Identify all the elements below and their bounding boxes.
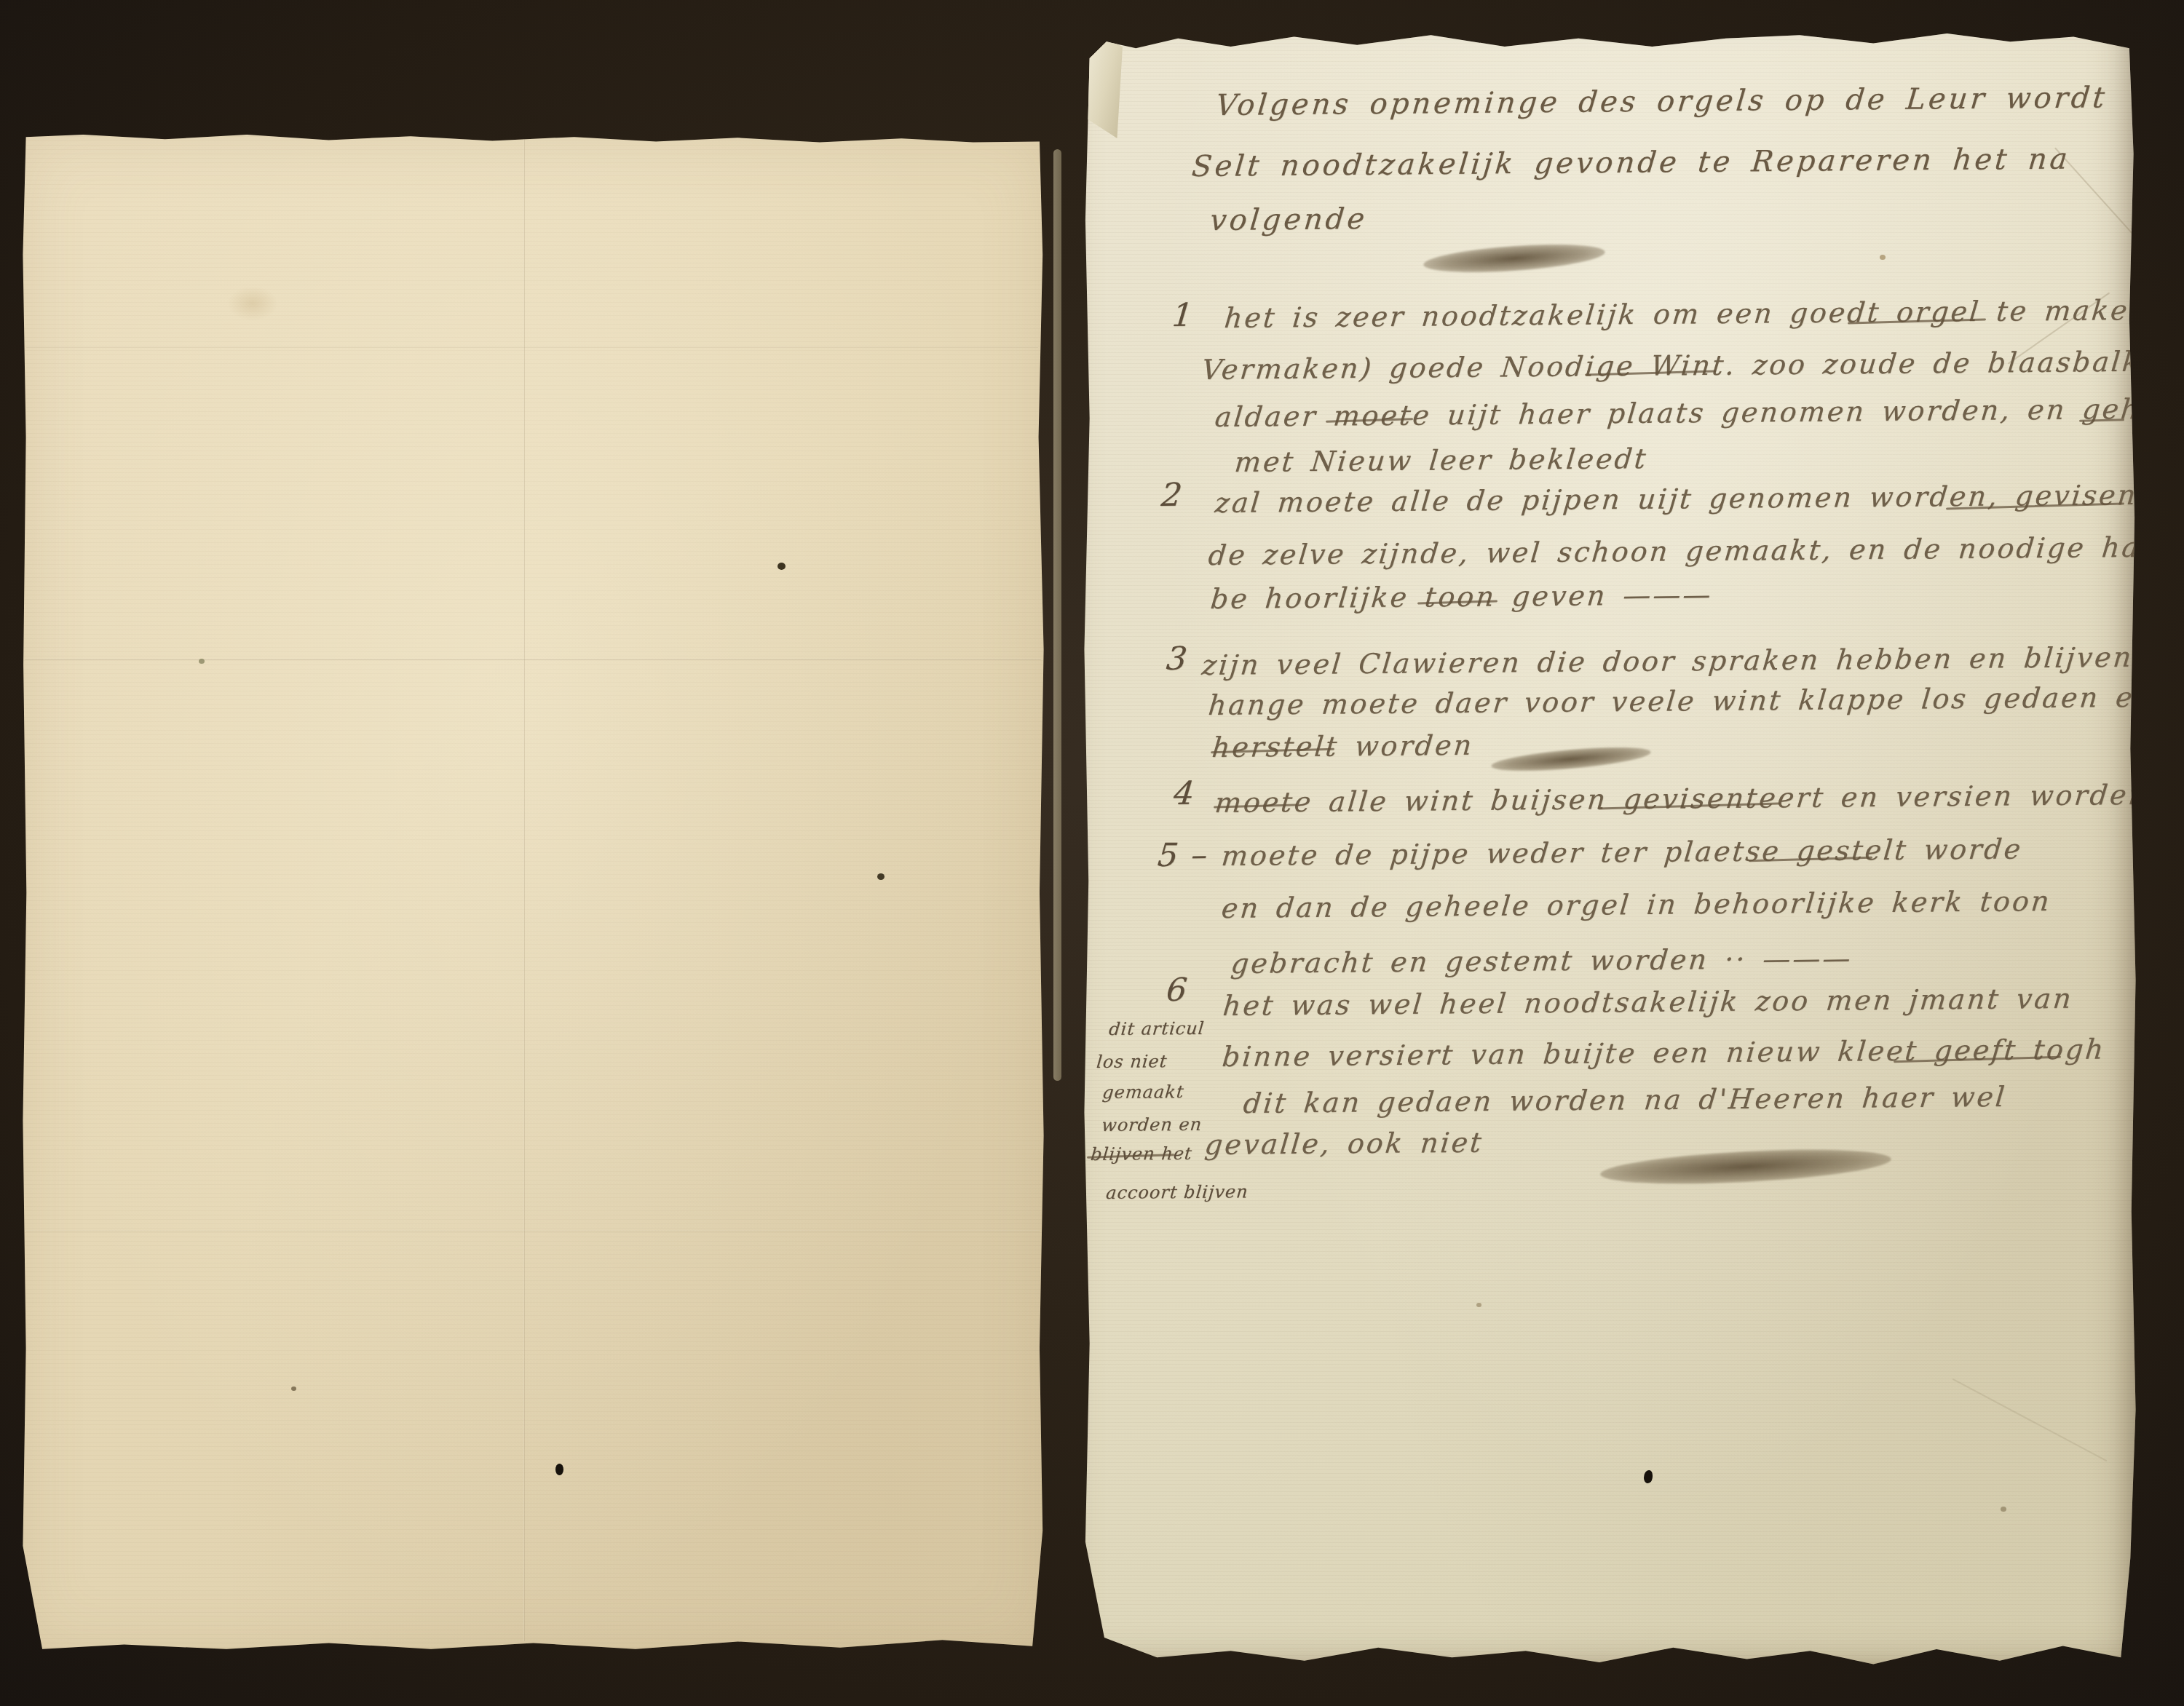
pin-hole — [555, 1464, 563, 1475]
item-6-line-4: gevalle, ook niet — [1203, 1127, 1485, 1161]
item-4-line-1: moete alle wint buijsen gevisenteert en … — [1214, 778, 2184, 819]
item-1-line-2: Vermaken) goede Noodige Wint. zoo zoude … — [1200, 346, 2161, 386]
margin-note-line-6: accoort blijven — [1105, 1181, 1249, 1203]
ink-speck — [778, 563, 786, 570]
header-line-2: Selt noodtzakelijk gevonde te Repareren … — [1190, 142, 2072, 183]
item-2-line-2: de zelve zijnde, wel schoon gemaakt, en … — [1207, 531, 2176, 571]
ink-speck-faint — [1880, 255, 1886, 260]
item-5-line-2: en dan de geheele orgel in behoorlijke k… — [1220, 885, 2053, 924]
item-3-line-1: zijn veel Clawieren die door spraken heb… — [1200, 641, 2134, 681]
item-2-number: 2 — [1160, 477, 1185, 514]
item-3-number: 3 — [1165, 640, 1190, 678]
fold-crease-vertical — [523, 139, 525, 1641]
item-6-number: 6 — [1165, 972, 1190, 1009]
ink-smear — [1423, 239, 1606, 277]
paper-wrinkle — [2054, 147, 2158, 261]
margin-note-line-2: los niet — [1096, 1051, 1168, 1072]
item-3-line-2: hange moete daer voor veele wint klappe … — [1207, 681, 2156, 721]
ink-speck — [877, 873, 885, 880]
underlying-page-edge — [1053, 149, 1061, 1081]
manuscript-scan: Volgens opneminge des orgels op de Leur … — [0, 0, 2184, 1706]
item-5-line-1: moete de pijpe weder ter plaetse gestelt… — [1220, 833, 2024, 872]
paper-stain — [227, 286, 278, 321]
fold-crease-horizontal-faint — [26, 346, 1038, 348]
item-6-line-2: binne versiert van buijte een nieuw klee… — [1221, 1033, 2107, 1073]
item-5-line-3: gebracht en gestemt worden ·· ——— — [1230, 943, 1854, 980]
header-line-3: volgende — [1208, 202, 1369, 237]
item-2-line-3: be hoorlijke toon geven ——— — [1209, 579, 1714, 615]
margin-note-line-1: dit articul — [1108, 1018, 1206, 1039]
item-5-number: 5 – — [1156, 836, 1211, 874]
item-1-number: 1 — [1171, 297, 1196, 334]
manuscript-right-page: Volgens opneminge des orgels op de Leur … — [1083, 22, 2137, 1674]
item-4-number: 4 — [1172, 775, 1198, 812]
ink-smear-large — [1599, 1144, 1892, 1190]
paper-wrinkle — [1952, 1378, 2108, 1461]
item-6-line-1: het was wel heel noodtsakelijk zoo men j… — [1222, 983, 2075, 1022]
item-2-line-1: zal moete alle de pijpen uijt genomen wo… — [1214, 478, 2184, 519]
header-line-1: Volgens opneminge des orgels op de Leur … — [1214, 81, 2109, 122]
ink-speck-faint — [2001, 1507, 2006, 1512]
curled-corner — [1083, 29, 1123, 138]
item-1-line-4: met Nieuw leer bekleedt — [1233, 443, 1650, 478]
fold-crease-horizontal-lower — [26, 1230, 1040, 1231]
item-3-line-3: herstelt worden — [1211, 729, 1475, 763]
item-6-line-3: dit kan gedaen worden na d'Heeren haer w… — [1242, 1081, 2008, 1119]
item-1-line-3: aldaer moete uijt haer plaats genomen wo… — [1214, 392, 2184, 433]
ink-speck-faint — [199, 659, 205, 664]
margin-note-line-5: blijven het — [1090, 1143, 1193, 1165]
ink-speck-faint — [291, 1386, 296, 1391]
ink-hole — [1644, 1470, 1653, 1483]
fold-crease-horizontal — [25, 659, 1041, 660]
ink-speck-faint — [1476, 1303, 1481, 1307]
ink-smear — [1490, 742, 1651, 775]
item-1-line-1: het is zeer noodtzakelijk om een goedt o… — [1223, 293, 2184, 334]
margin-note-line-3: gemaakt — [1101, 1082, 1185, 1103]
margin-note-line-4: worden en — [1101, 1114, 1203, 1135]
blank-left-page — [22, 133, 1045, 1652]
